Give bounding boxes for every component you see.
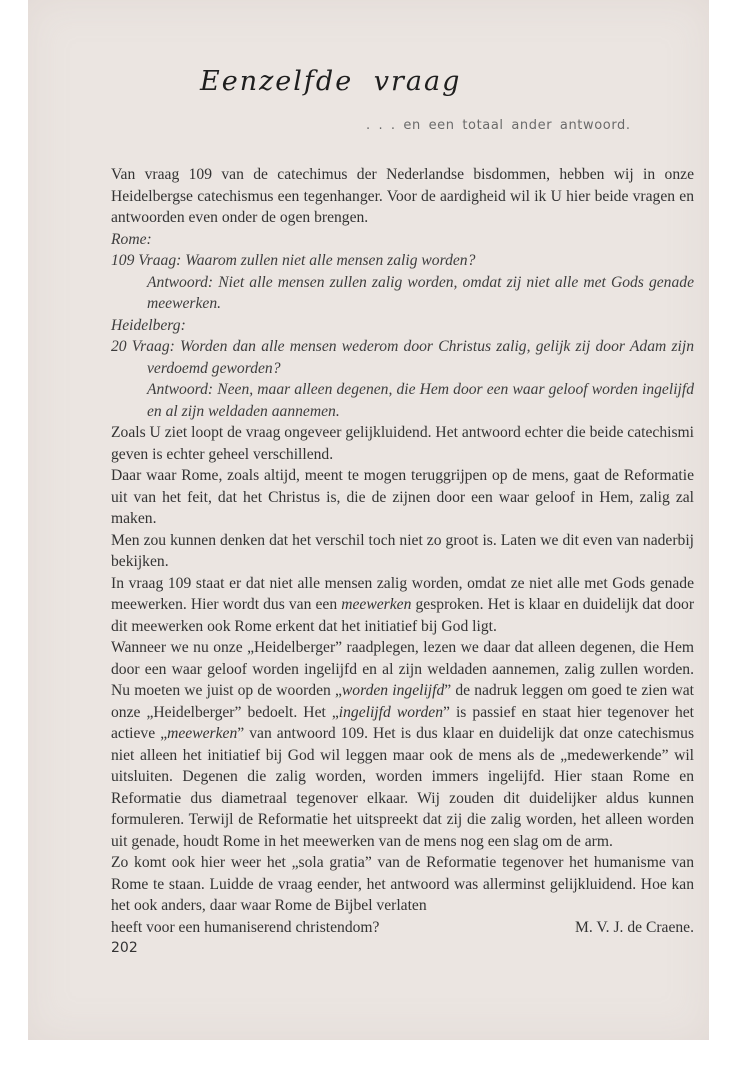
heidelberg-label: Heidelberg:	[111, 315, 694, 337]
author-signature: M. V. J. de Craene.	[575, 917, 694, 939]
p5-emphasis-3: meewerken	[167, 725, 237, 742]
article-title: Eenzelfde vraag	[200, 66, 461, 97]
paragraph-3: Men zou kunnen denken dat het verschil t…	[111, 530, 694, 573]
heidelberg-answer: Antwoord: Neen, maar alleen degenen, die…	[111, 379, 694, 422]
paragraph-5: Wanneer we nu onze „Heidelberger” raadpl…	[111, 637, 694, 852]
p5-emphasis-1: worden ingelijfd	[342, 682, 444, 699]
rome-answer: Antwoord: Niet alle mensen zullen zalig …	[111, 272, 694, 315]
rome-label: Rome:	[111, 229, 694, 251]
article-body: Van vraag 109 van de catechimus der Nede…	[111, 164, 694, 960]
article-subtitle: . . . en een totaal ander antwoord.	[366, 118, 631, 133]
closing-line: heeft voor een humaniserend christendom?…	[111, 917, 694, 939]
p5-text-d: ” van antwoord 109. Het is dus klaar en …	[111, 725, 694, 850]
paragraph-2: Daar waar Rome, zoals altijd, meent te m…	[111, 465, 694, 530]
p5-emphasis-2: ingelijfd worden	[339, 704, 443, 721]
intro-paragraph: Van vraag 109 van de catechimus der Nede…	[111, 164, 694, 229]
paragraph-1: Zoals U ziet loopt de vraag ongeveer gel…	[111, 422, 694, 465]
rome-question: 109 Vraag: Waarom zullen niet alle mense…	[111, 250, 694, 272]
paragraph-6-last-line: heeft voor een humaniserend christendom?	[111, 917, 379, 939]
p4-emphasis: meewerken	[341, 596, 411, 613]
paragraph-6: Zo komt ook hier weer het „sola gratia” …	[111, 852, 694, 917]
paragraph-4: In vraag 109 staat er dat niet alle mens…	[111, 573, 694, 638]
page-number: 202	[111, 938, 694, 960]
document-page: Eenzelfde vraag . . . en een totaal ande…	[28, 0, 709, 1040]
heidelberg-question: 20 Vraag: Worden dan alle mensen wederom…	[111, 336, 694, 379]
